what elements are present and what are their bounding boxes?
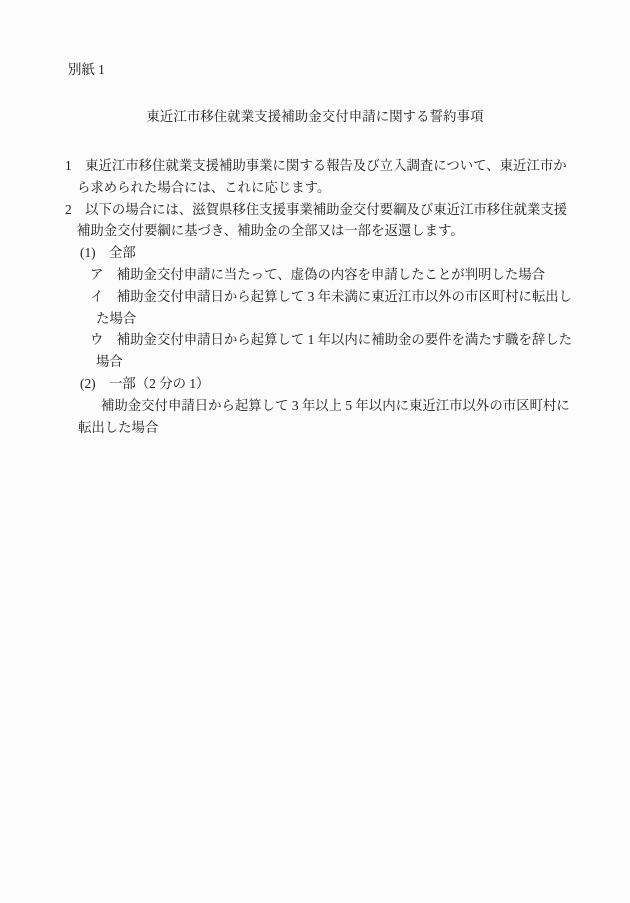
document-body: 1 東近江市移住就業支援補助事業に関する報告及び立入調査について、東近江市か ら… — [0, 155, 630, 438]
document-line-sub1-i: イ 補助金交付申請日から起算して 3 年未満に東近江市以外の市区町村に転出し — [0, 286, 630, 308]
document-line-sub1-u-cont: 場合 — [0, 351, 630, 373]
document-line-item2-cont: 補助金交付要綱に基づき、補助金の全部又は一部を返還します。 — [0, 220, 630, 242]
document-line-item1: 1 東近江市移住就業支援補助事業に関する報告及び立入調査について、東近江市か — [0, 155, 630, 177]
document-line-item1-cont: ら求められた場合には、これに応じます。 — [0, 177, 630, 199]
attachment-label: 別紙 1 — [68, 59, 105, 81]
document-line-sub1-i-cont: た場合 — [0, 308, 630, 330]
document-line-sub1-a: ア 補助金交付申請に当たって、虚偽の内容を申請したことが判明した場合 — [0, 264, 630, 286]
document-line-item2: 2 以下の場合には、滋賀県移住支援事業補助金交付要綱及び東近江市移住就業支援 — [0, 199, 630, 221]
document-line-sub2-body: 補助金交付申請日から起算して 3 年以上 5 年以内に東近江市以外の市区町村に — [0, 395, 630, 417]
document-title: 東近江市移住就業支援補助金交付申請に関する誓約事項 — [0, 106, 630, 128]
document-line-sub1: (1) 全部 — [0, 242, 630, 264]
document-line-sub2-body-cont: 転出した場合 — [0, 417, 630, 439]
document-line-sub1-u: ウ 補助金交付申請日から起算して 1 年以内に補助金の要件を満たす職を辞した — [0, 329, 630, 351]
document-line-sub2: (2) 一部（2 分の 1） — [0, 373, 630, 395]
document-page: 別紙 1 東近江市移住就業支援補助金交付申請に関する誓約事項 1 東近江市移住就… — [0, 0, 630, 903]
